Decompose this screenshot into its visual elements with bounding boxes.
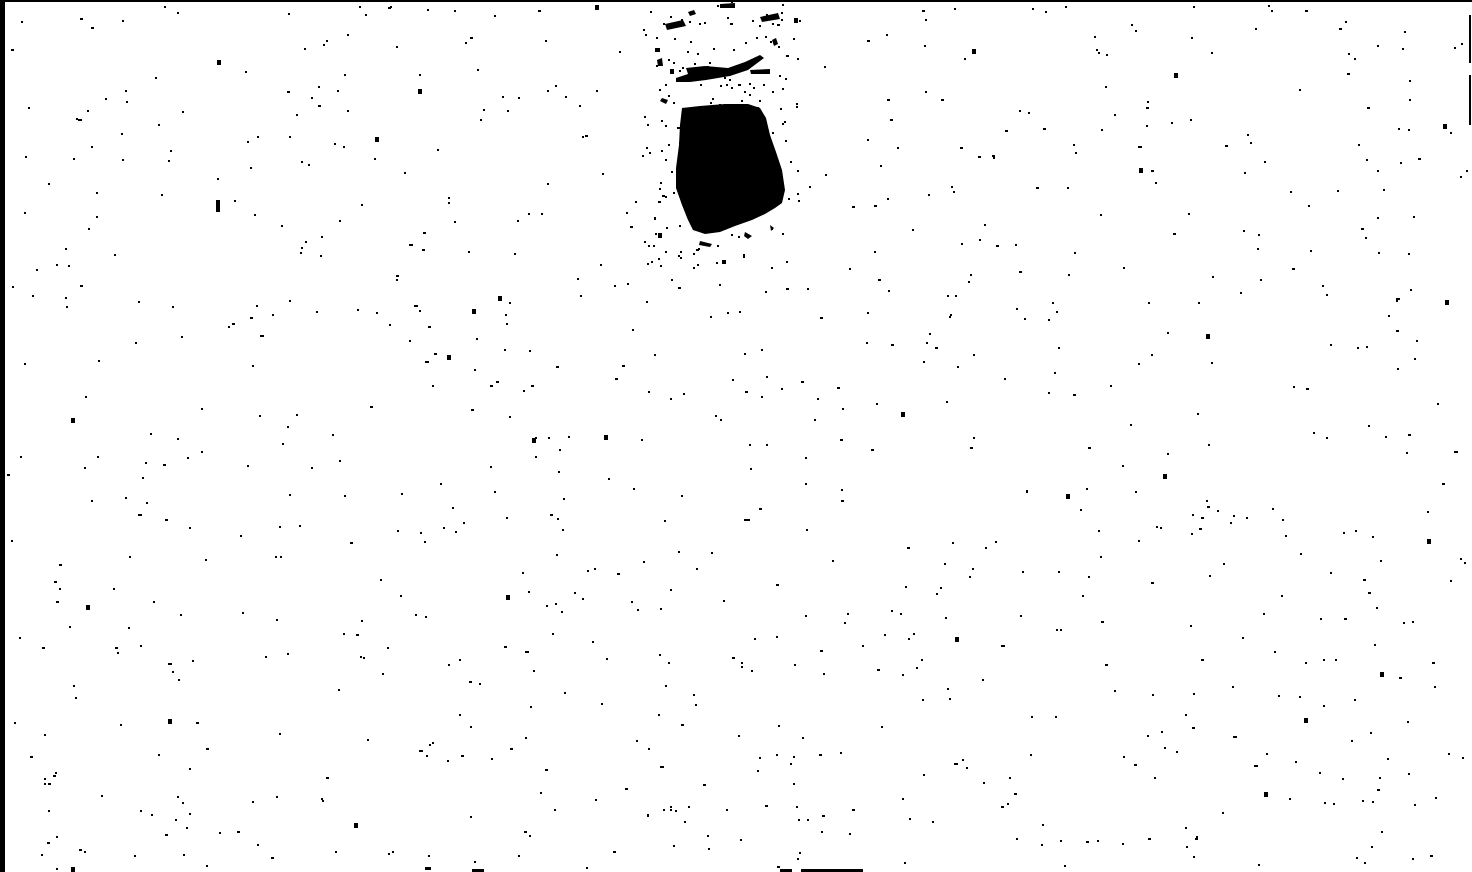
binarized-photo xyxy=(0,0,1472,872)
